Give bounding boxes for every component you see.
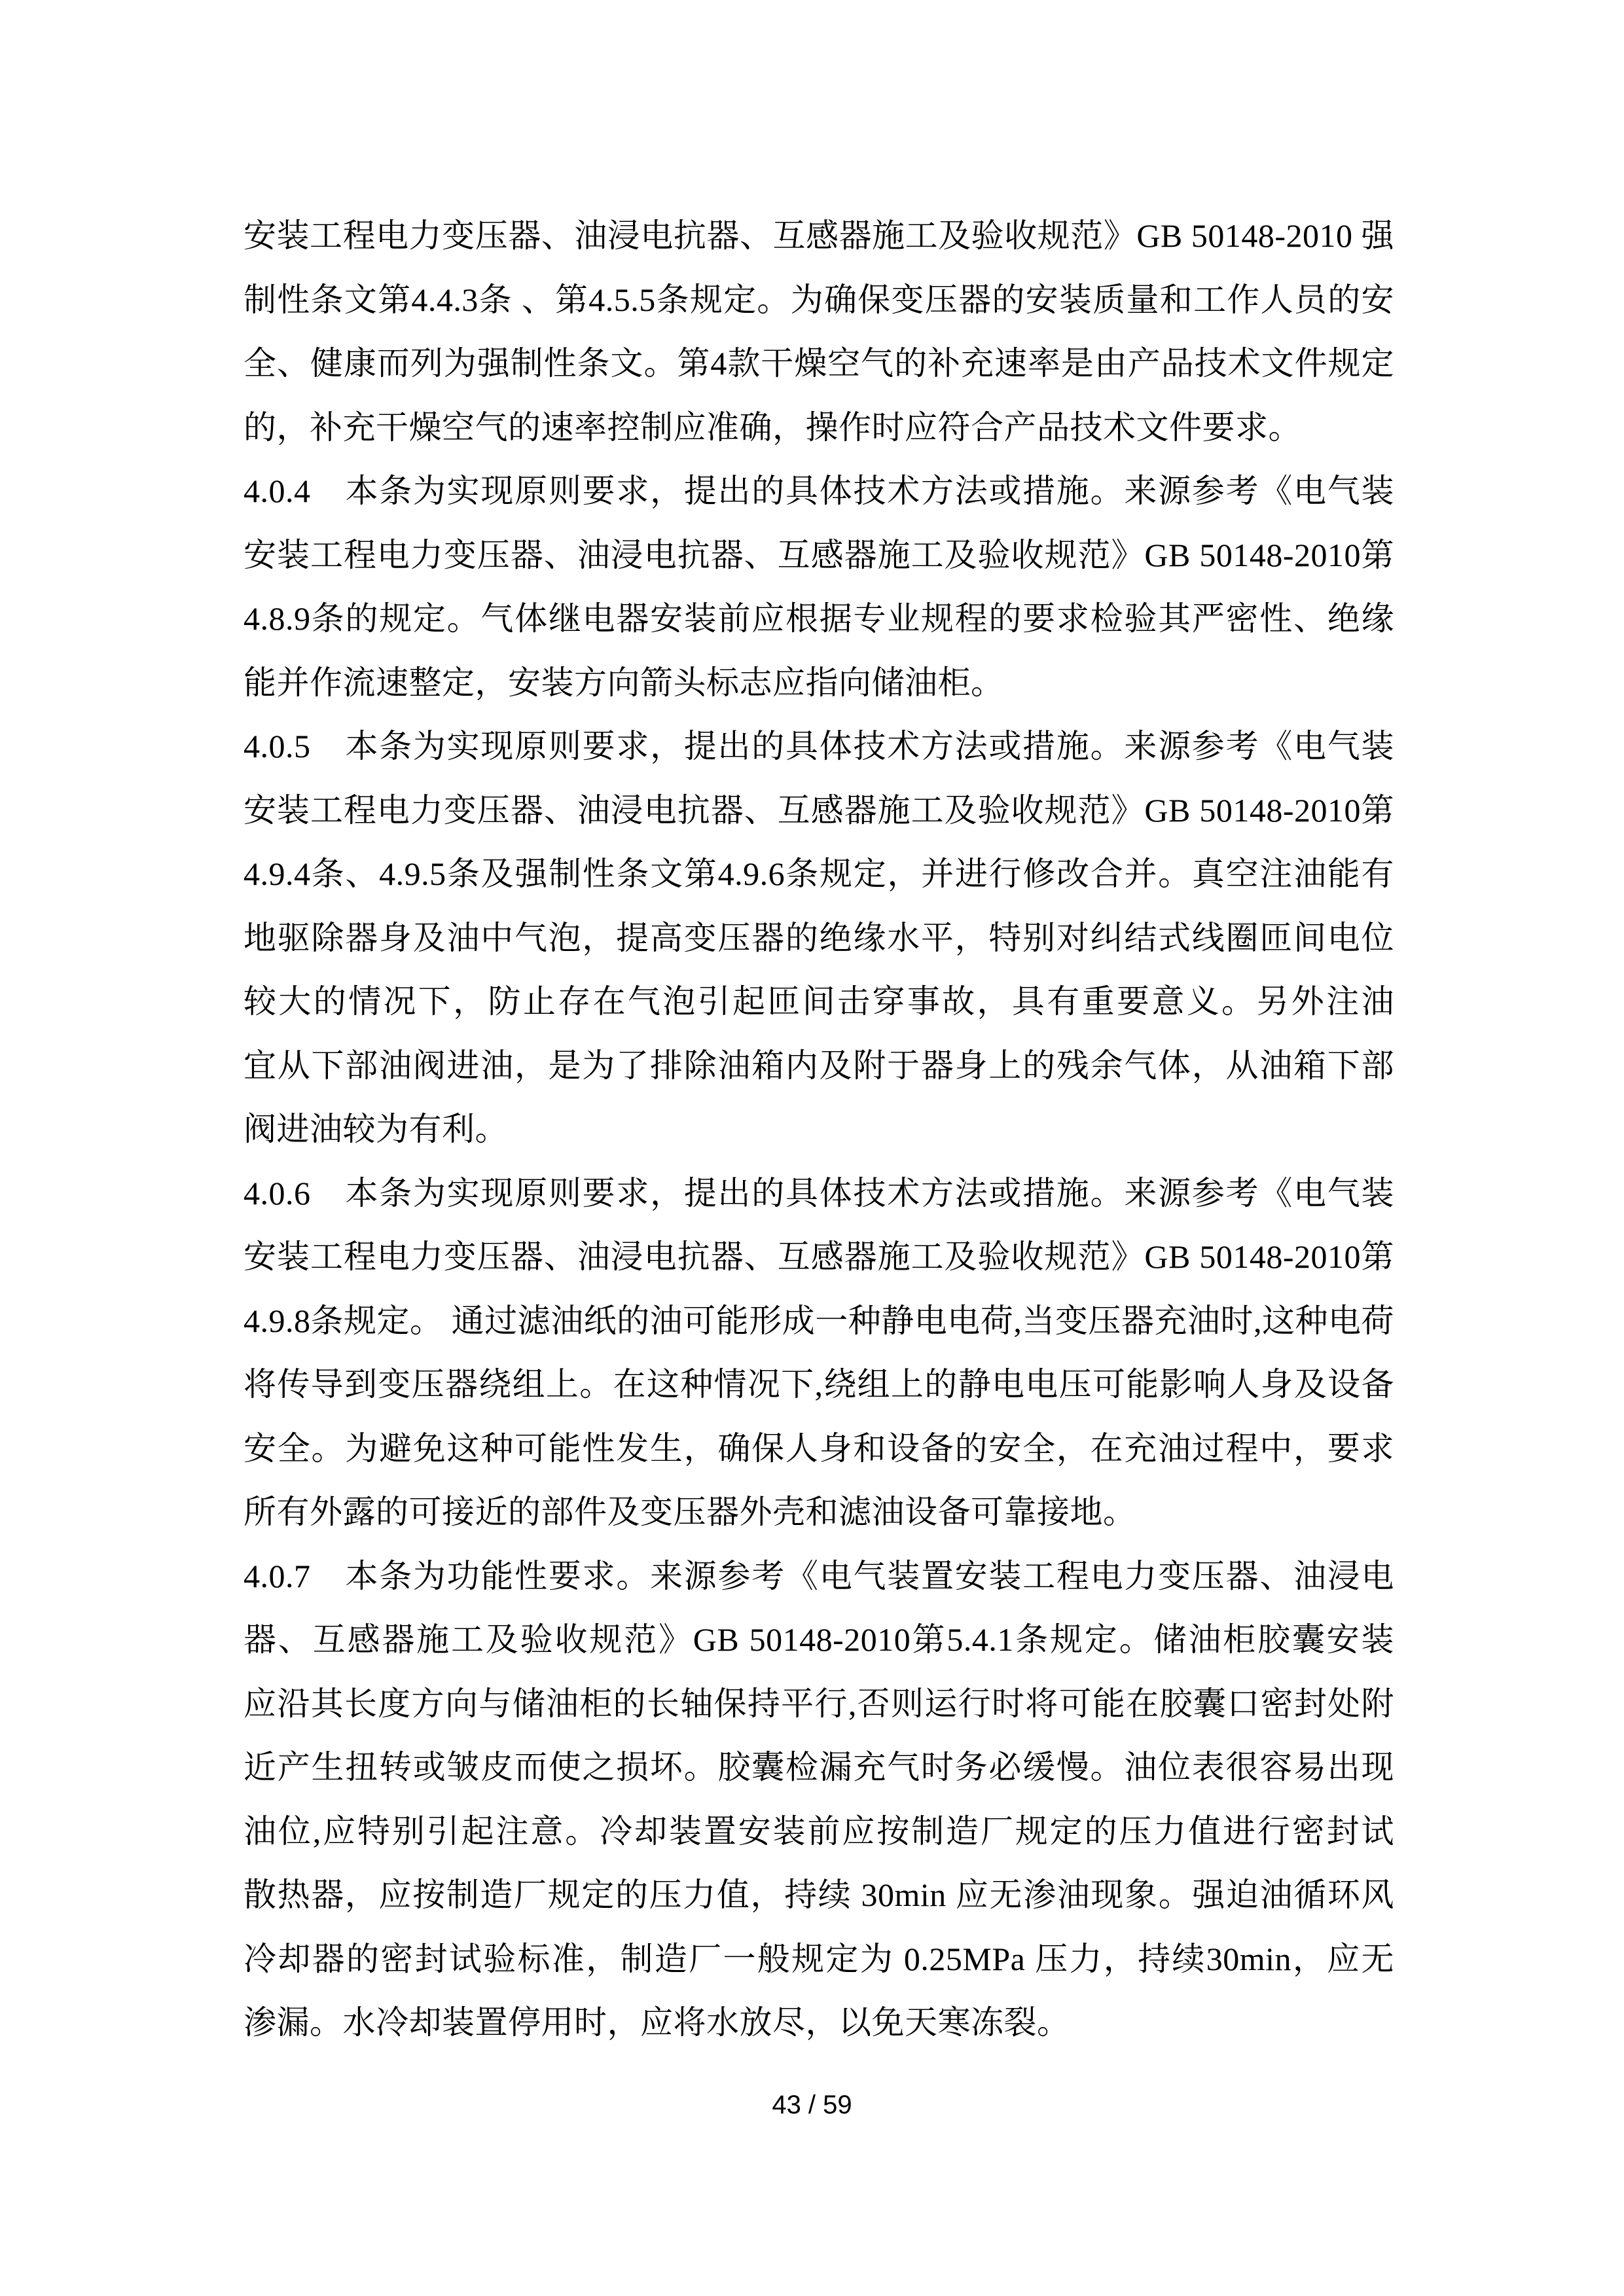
text-line: 渗漏。水冷却装置停用时，应将水放尽，以免天寒冻裂。 [244,1991,1394,2055]
text-line-section-4-0-4: 4.0.4 本条为实现原则要求，提出的具体技术方法或措施。来源参考《电气装置 [244,459,1394,524]
text-line: 所有外露的可接近的部件及变压器外壳和滤油设备可靠接地。 [244,1480,1394,1545]
text-line: 油位,应特别引起注意。冷却装置安装前应按制造厂规定的压力值进行密封试验。 [244,1800,1394,1864]
text-line: 安装工程电力变压器、油浸电抗器、互感器施工及验收规范》GB 50148-2010… [244,779,1394,843]
text-line-section-4-0-6: 4.0.6 本条为实现原则要求，提出的具体技术方法或措施。来源参考《电气装置 [244,1162,1394,1226]
document-page: 安装工程电力变压器、油浸电抗器、互感器施工及验收规范》GB 50148-2010… [0,0,1624,2296]
text-line: 4.9.4条、4.9.5条及强制性条文第4.9.6条规定，并进行修改合并。真空注… [244,842,1394,906]
page-number: 43 / 59 [772,2089,852,2121]
text-line: 散热器，应按制造厂规定的压力值，持续 30min 应无渗油现象。强迫油循环风 [244,1863,1394,1928]
text-line: 4.8.9条的规定。气体继电器安装前应根据专业规程的要求检验其严密性、绝缘性 [244,587,1394,651]
text-line: 能并作流速整定，安装方向箭头标志应指向储油柜。 [244,651,1394,715]
text-line: 宜从下部油阀进油，是为了排除油箱内及附于器身上的残余气体，从油箱下部油 [244,1034,1394,1098]
text-line: 全、健康而列为强制性条文。第4款干燥空气的补充速率是由产品技术文件规定 [244,332,1394,396]
text-line: 安装工程电力变压器、油浸电抗器、互感器施工及验收规范》GB 50148-2010… [244,1225,1394,1289]
text-line: 近产生扭转或皱皮而使之损坏。胶囊检漏充气时务必缓慢。油位表很容易出现假 [244,1736,1394,1800]
text-line: 较大的情况下，防止存在气泡引起匝间击穿事故，具有重要意义。另外注油时， [244,970,1394,1034]
text-line: 将传导到变压器绕组上。在这种情况下,绕组上的静电电压可能影响人身及设备 [244,1353,1394,1417]
text-line: 的，补充干燥空气的速率控制应准确，操作时应符合产品技术文件要求。 [244,396,1394,460]
text-line: 应沿其长度方向与储油柜的长轴保持平行,否则运行时将可能在胶囊口密封处附 [244,1672,1394,1736]
text-line-section-4-0-5: 4.0.5 本条为实现原则要求，提出的具体技术方法或措施。来源参考《电气装置 [244,715,1394,779]
text-line: 阀进油较为有利。 [244,1098,1394,1162]
text-line: 4.9.8条规定。 通过滤油纸的油可能形成一种静电电荷,当变压器充油时,这种电荷 [244,1289,1394,1354]
text-line: 安装工程电力变压器、油浸电抗器、互感器施工及验收规范》GB 50148-2010… [244,204,1394,268]
text-line: 安装工程电力变压器、油浸电抗器、互感器施工及验收规范》GB 50148-2010… [244,524,1394,588]
text-line: 制性条文第4.4.3条 、第4.5.5条规定。为确保变压器的安装质量和工作人员的… [244,268,1394,332]
document-text-block: 安装工程电力变压器、油浸电抗器、互感器施工及验收规范》GB 50148-2010… [244,204,1394,2055]
page-footer: 43 / 59 [0,2089,1624,2121]
text-line: 器、互感器施工及验收规范》GB 50148-2010第5.4.1条规定。储油柜胶… [244,1608,1394,1672]
text-line: 冷却器的密封试验标准，制造厂一般规定为 0.25MPa 压力，持续30min，应… [244,1928,1394,1992]
text-line-section-4-0-7: 4.0.7 本条为功能性要求。来源参考《电气装置安装工程电力变压器、油浸电抗 [244,1545,1394,1609]
text-line: 安全。为避免这种可能性发生，确保人身和设备的安全，在充油过程中，要求把 [244,1417,1394,1481]
text-line: 地驱除器身及油中气泡，提高变压器的绝缘水平，特别对纠结式线圈匝间电位差 [244,906,1394,971]
